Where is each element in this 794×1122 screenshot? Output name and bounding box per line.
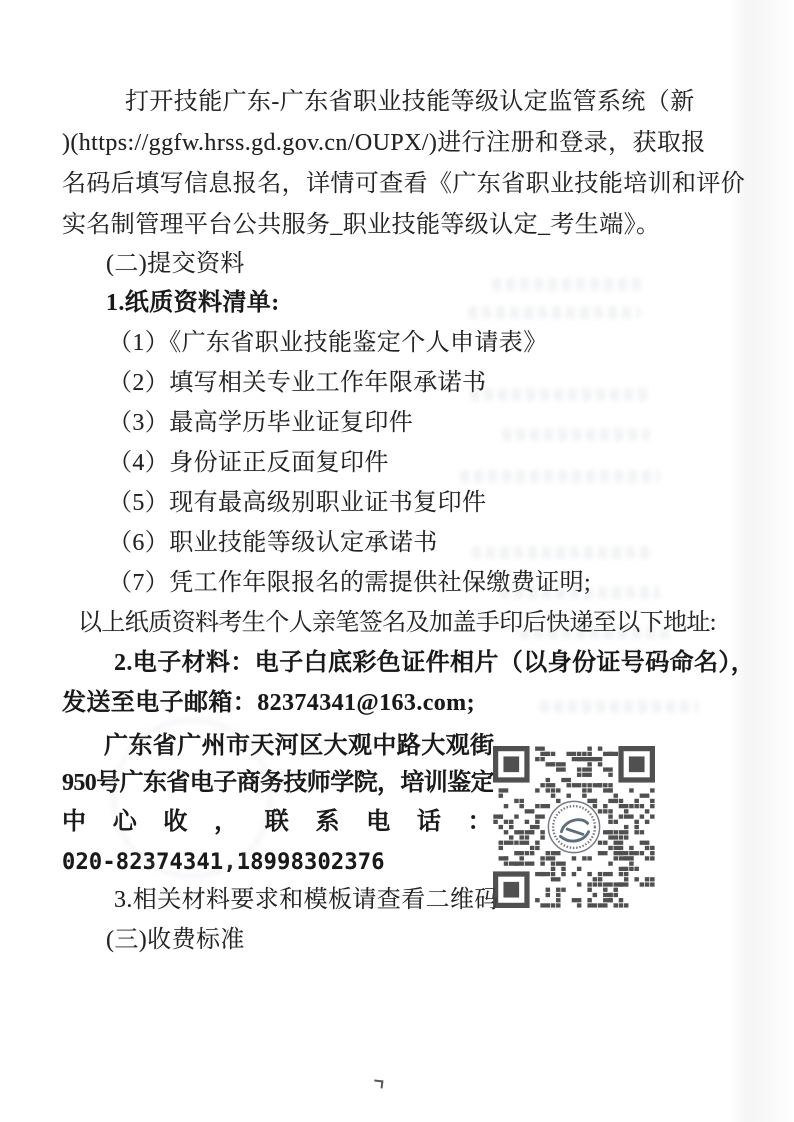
page-number-mark [374, 1080, 384, 1089]
bleedthrough-artifact [492, 278, 642, 291]
registration-url-line: )(https://ggfw.hrss.gd.gov.cn/OUPX/)进行注册… [62, 128, 742, 158]
list-item-id-copy: （4）身份证正反面复印件 [62, 448, 788, 478]
paragraph-register-line: 实名制管理平台公共服务_职业技能等级认定_考生端》。 [62, 210, 742, 240]
list-item-work-years-letter: （2）填写相关专业工作年限承诺书 [62, 368, 788, 398]
section-heading-fee-standard: (三)收费标准 [62, 925, 786, 955]
list-item-commitment-letter: （6）职业技能等级认定承诺书 [62, 528, 788, 558]
bleedthrough-artifact [502, 428, 650, 441]
paragraph-register-line: 名码后填写信息报名，详情可查看《广东省职业技能培训和评价 [62, 169, 742, 199]
bleedthrough-artifact [540, 700, 698, 713]
bleedthrough-artifact [472, 546, 650, 559]
qr-code-image [493, 746, 655, 908]
list-item-certificate-copy: （5）现有最高级别职业证书复印件 [62, 488, 788, 518]
qr-code [493, 746, 655, 908]
scanned-document-page: 打开技能广东-广东省职业技能等级认定监管系统（新 )(https://ggfw.… [0, 0, 794, 1122]
bleedthrough-artifact [500, 586, 660, 599]
bleedthrough-artifact [468, 306, 640, 319]
bleedthrough-artifact [470, 388, 650, 401]
list-item-social-security-proof: （7）凭工作年限报名的需提供社保缴费证明; [62, 568, 788, 598]
stamp-bleedthrough [112, 718, 272, 878]
bleedthrough-artifact [460, 470, 660, 483]
subheading-electronic-materials: 2.电子材料：电子白底彩色证件相片（以身份证号码命名）， [62, 648, 794, 678]
section-heading-submit-materials: (二)提交资料 [62, 249, 786, 279]
qr-instruction-line: 3.相关材料要求和模板请查看二维码 [62, 885, 794, 915]
paragraph-register-intro-line: 打开技能广东-广东省职业技能等级认定监管系统（新 [62, 87, 794, 117]
subheading-paper-materials: 1.纸质资料清单: [62, 288, 786, 318]
list-item-application-form: （1）《广东省职业技能鉴定个人申请表》 [62, 328, 788, 358]
bleedthrough-artifact [520, 626, 670, 639]
list-item-diploma-copy: （3）最高学历毕业证复印件 [62, 408, 788, 438]
